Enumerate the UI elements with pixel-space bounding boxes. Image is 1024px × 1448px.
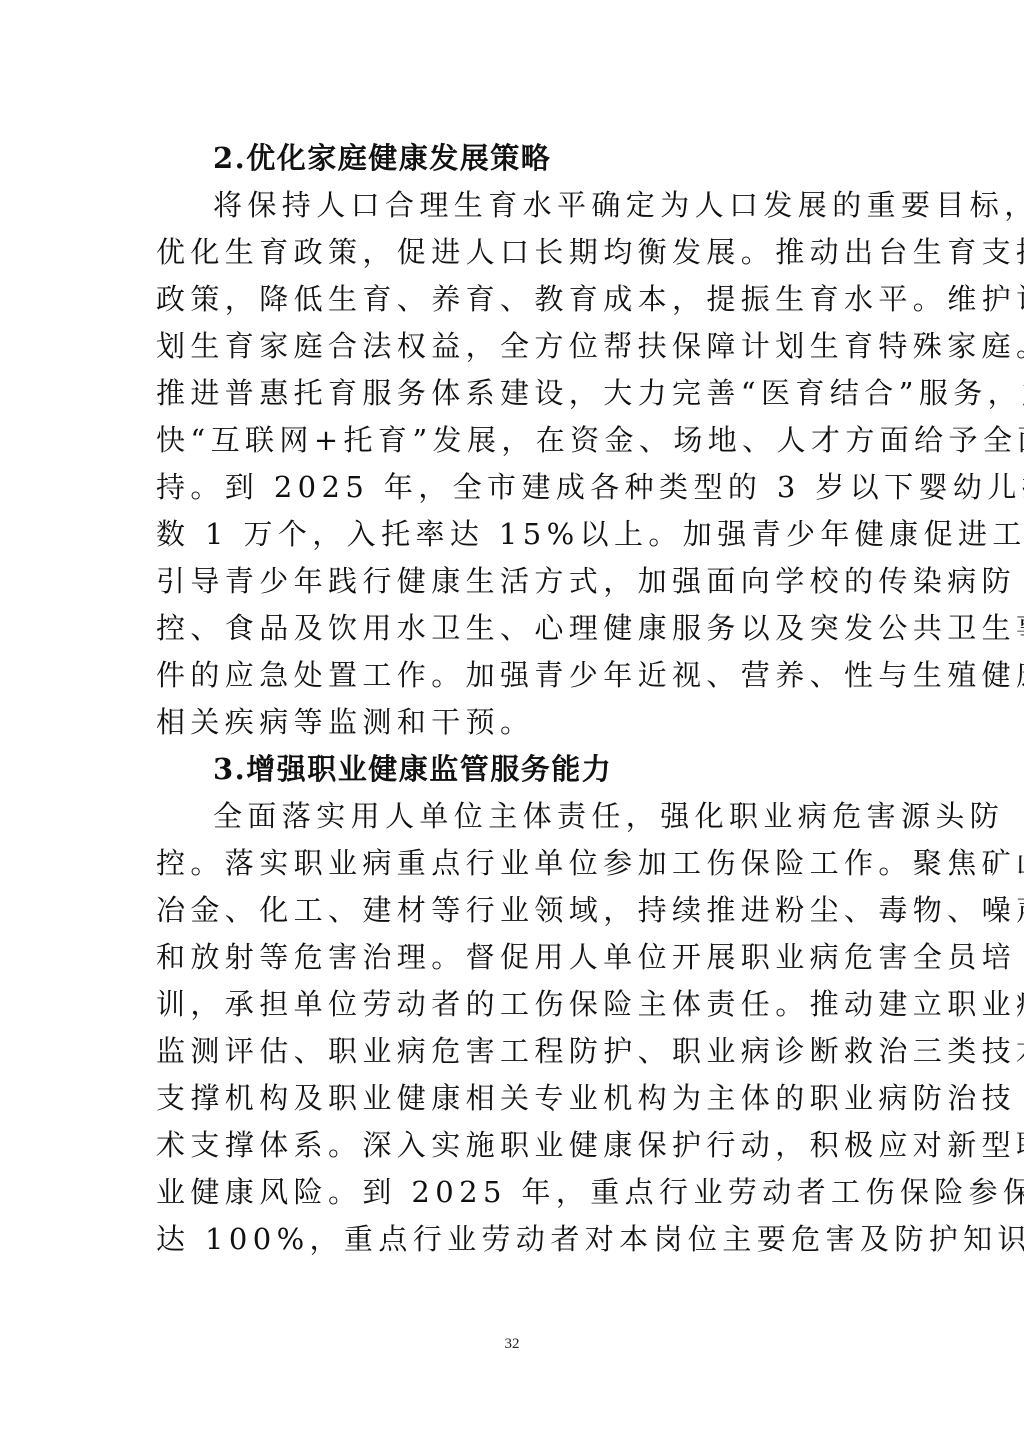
paragraph-line: 优化生育政策，促进人口长期均衡发展。推动出台生育支持 [156,229,868,276]
paragraph-line: 达 100%，重点行业劳动者对本岗位主要危害及防护知识知 [156,1216,868,1263]
paragraph-line: 快“互联网+托育”发展，在资金、场地、人才方面给予全面支 [156,417,868,464]
paragraph-line: 控、食品及饮用水卫生、心理健康服务以及突发公共卫生事 [156,605,868,652]
paragraph-line: 控。落实职业病重点行业单位参加工伤保险工作。聚焦矿山、 [156,840,868,887]
paragraph-line: 持。到 2025 年，全市建成各种类型的 3 岁以下婴幼儿托位 [156,464,868,511]
paragraph-line: 引导青少年践行健康生活方式，加强面向学校的传染病防 [156,558,868,605]
paragraph-line: 件的应急处置工作。加强青少年近视、营养、性与生殖健康 [156,652,868,699]
paragraph-line: 相关疾病等监测和干预。 [156,699,868,746]
paragraph-line: 和放射等危害治理。督促用人单位开展职业病危害全员培 [156,934,868,981]
paragraph-line: 冶金、化工、建材等行业领域，持续推进粉尘、毒物、噪声 [156,887,868,934]
paragraph-line: 将保持人口合理生育水平确定为人口发展的重要目标， [156,182,925,229]
section-heading: 2.优化家庭健康发展策略 [156,135,925,182]
paragraph-line: 划生育家庭合法权益，全方位帮扶保障计划生育特殊家庭。 [156,323,868,370]
paragraph-line: 推进普惠托育服务体系建设，大力完善“医育结合”服务，加 [156,370,868,417]
paragraph-line: 支撑机构及职业健康相关专业机构为主体的职业病防治技 [156,1075,868,1122]
paragraph-line: 数 1 万个，入托率达 15%以上。加强青少年健康促进工作， [156,511,868,558]
paragraph-line: 术支撑体系。深入实施职业健康保护行动，积极应对新型职 [156,1122,868,1169]
paragraph-line: 全面落实用人单位主体责任，强化职业病危害源头防 [156,793,925,840]
paragraph-line: 业健康风险。到 2025 年，重点行业劳动者工伤保险参保率 [156,1169,868,1216]
paragraph-line: 政策，降低生育、养育、教育成本，提振生育水平。维护计 [156,276,868,323]
paragraph-line: 监测评估、职业病危害工程防护、职业病诊断救治三类技术 [156,1028,868,1075]
page-number: 32 [0,1336,1024,1353]
paragraph-line: 训，承担单位劳动者的工伤保险主体责任。推动建立职业病 [156,981,868,1028]
section-heading: 3.增强职业健康监管服务能力 [156,746,925,793]
